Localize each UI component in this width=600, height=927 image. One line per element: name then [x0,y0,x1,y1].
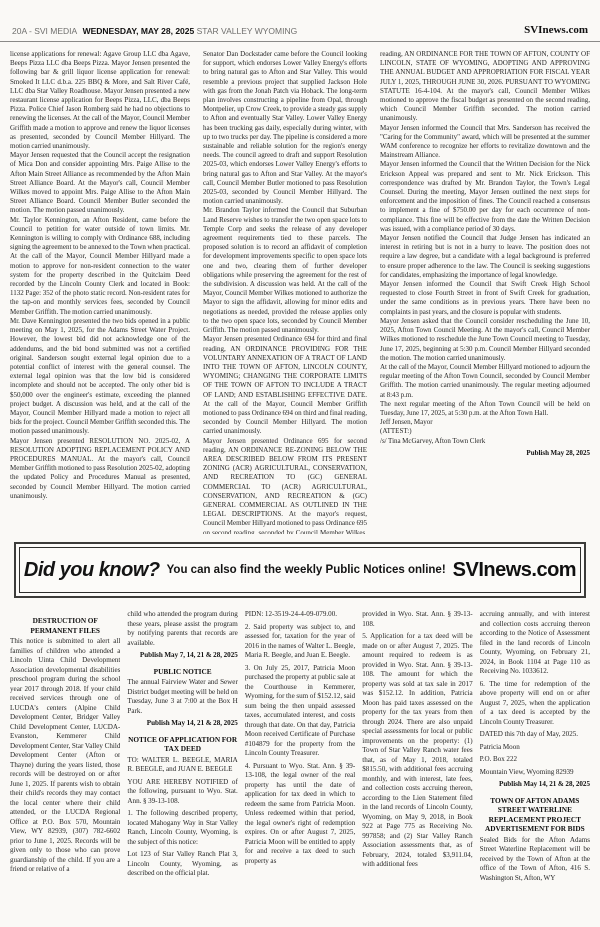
notice-paragraph: 5. Application for a tax deed will be ma… [362,632,472,870]
notice-paragraph: provided in Wyo. Stat. Ann. § 39-13-108. [362,610,472,629]
publish-line: Publish May 14, 21 & 28, 2025 [127,719,237,729]
notice-paragraph: Mayor Jensen informed the Council that M… [380,124,590,161]
notice-paragraph: Mayor Jensen asked that the Council cons… [380,317,590,363]
newspaper-page: 20A - SVI MEDIA WEDNESDAY, MAY 28, 2025 … [0,0,600,927]
notice-paragraph: This notice is submitted to alert all fa… [10,637,120,875]
publish-line: Publish May 7, 14, 21 & 28, 2025 [127,651,237,661]
notices-column-4: provided in Wyo. Stat. Ann. § 39-13-108.… [362,610,472,927]
notice-paragraph: At the call of the Mayor, Council Member… [380,363,590,400]
notice-paragraph: Mr. Brandon Taylor informed the Council … [203,206,367,335]
notice-paragraph: Mayor Jensen informed the Council that S… [380,280,590,317]
banner-sub-text: You can also find the weekly Public Noti… [167,564,446,576]
notices-column-1: DESTRUCTION OF PERMANENT FILESThis notic… [10,610,120,927]
minutes-column-2: Senator Dan Dockstader came before the C… [203,50,367,534]
public-notices-section: DESTRUCTION OF PERMANENT FILESThis notic… [0,598,600,927]
notice-paragraph: Patricia Moon [480,743,590,753]
minutes-column-1: license applications for renewal: Agave … [10,50,190,534]
notice-heading: DESTRUCTION OF PERMANENT FILES [10,616,120,635]
notice-heading: TOWN OF AFTON ADAMS STREET WATERLINE REP… [480,796,590,834]
notice-paragraph: DATED this 7th day of May, 2025. [480,730,590,740]
notice-paragraph: P.O. Box 222 [480,755,590,765]
notice-paragraph: YOU ARE HEREBY NOTIFIED of the following… [127,778,237,807]
notice-paragraph: 1. The following described property, loc… [127,809,237,847]
notice-paragraph: (ATTEST:) [380,427,590,436]
notice-paragraph: Mountain View, Wyoming 82939 [480,768,590,778]
notice-paragraph: reading, AN ORDINANCE FOR THE TOWN OF AF… [380,50,590,124]
notice-paragraph: Mayor Jensen presented Ordinance 694 for… [203,335,367,436]
notice-paragraph: Mr. Dave Kennington presented the two bi… [10,317,190,437]
notice-paragraph: accruing annually, and with interest and… [480,610,590,677]
notice-paragraph: 6. The time for redemption of the above … [480,680,590,728]
council-minutes-section: license applications for renewal: Agave … [0,42,600,534]
publish-line: Publish May 28, 2025 [380,449,590,458]
notice-paragraph: The next regular meeting of the Afton To… [380,400,590,418]
minutes-column-3: reading, AN ORDINANCE FOR THE TOWN OF AF… [380,50,590,534]
notice-paragraph: Jeff Jensen, Mayor [380,418,590,427]
notices-column-5: accruing annually, and with interest and… [480,610,590,927]
banner-site-link: SVInews.com [453,559,576,582]
page-number-label: 20A - SVI MEDIA [12,26,77,36]
location-label: STAR VALLEY WYOMING [197,26,298,36]
notice-paragraph: Mr. Taylor Kennington, an Afton Resident… [10,216,190,317]
notice-paragraph: 4. Pursuant to Wyo. Stat. Ann. § 39-13-1… [245,762,355,867]
did-you-know-banner: Did you know? You can also find the week… [14,542,586,598]
issue-date: WEDNESDAY, MAY 28, 2025 [83,26,195,36]
notice-heading: NOTICE OF APPLICATION FOR TAX DEED [127,735,237,754]
publish-line: Publish May 14, 21 & 28, 2025 [480,780,590,790]
notices-column-2: child who attended the program during th… [127,610,237,927]
notice-paragraph: Mayor Jensen presented RESOLUTION NO. 20… [10,437,190,501]
notice-paragraph: /s/ Tina McGarvey, Afton Town Clerk [380,437,590,446]
notice-paragraph: Mayor Jensen notified the Council that J… [380,234,590,280]
notice-paragraph: Mayor Jensen presented Ordinance 695 for… [203,437,367,534]
notice-paragraph: Lot 123 of Star Valley Ranch Plat 3, Lin… [127,850,237,879]
header-left: 20A - SVI MEDIA WEDNESDAY, MAY 28, 2025 … [12,26,300,36]
notice-paragraph: 3. On July 25, 2017, Patricia Moon purch… [245,664,355,759]
notices-column-3: PIDN: 12-3519-24-4-09-079.00.2. Said pro… [245,610,355,927]
notice-paragraph: Mayor Jensen requested that the Council … [10,151,190,215]
notice-paragraph: TO: WALTER L. BEEGLE, MARIA R. BEEGLE, a… [127,756,237,775]
notice-paragraph: child who attended the program during th… [127,610,237,648]
notice-paragraph: PIDN: 12-3519-24-4-09-079.00. [245,610,355,620]
notice-paragraph: 2. Said property was subject to, and ass… [245,623,355,661]
notice-paragraph: Senator Dan Dockstader came before the C… [203,50,367,206]
page-header: 20A - SVI MEDIA WEDNESDAY, MAY 28, 2025 … [0,0,600,42]
notice-heading: PUBLIC NOTICE [127,667,237,677]
masthead-site-link: SVInews.com [524,24,588,36]
notice-paragraph: license applications for renewal: Agave … [10,50,190,151]
notice-paragraph: Mayor Jensen informed the Council that t… [380,160,590,234]
notice-paragraph: The annual Fairview Water and Sewer Dist… [127,678,237,716]
banner-lead-text: Did you know? [24,559,160,582]
banner-inner-frame: Did you know? You can also find the week… [19,547,581,593]
notice-paragraph: Sealed Bids for the Afton Adams Street W… [480,836,590,884]
